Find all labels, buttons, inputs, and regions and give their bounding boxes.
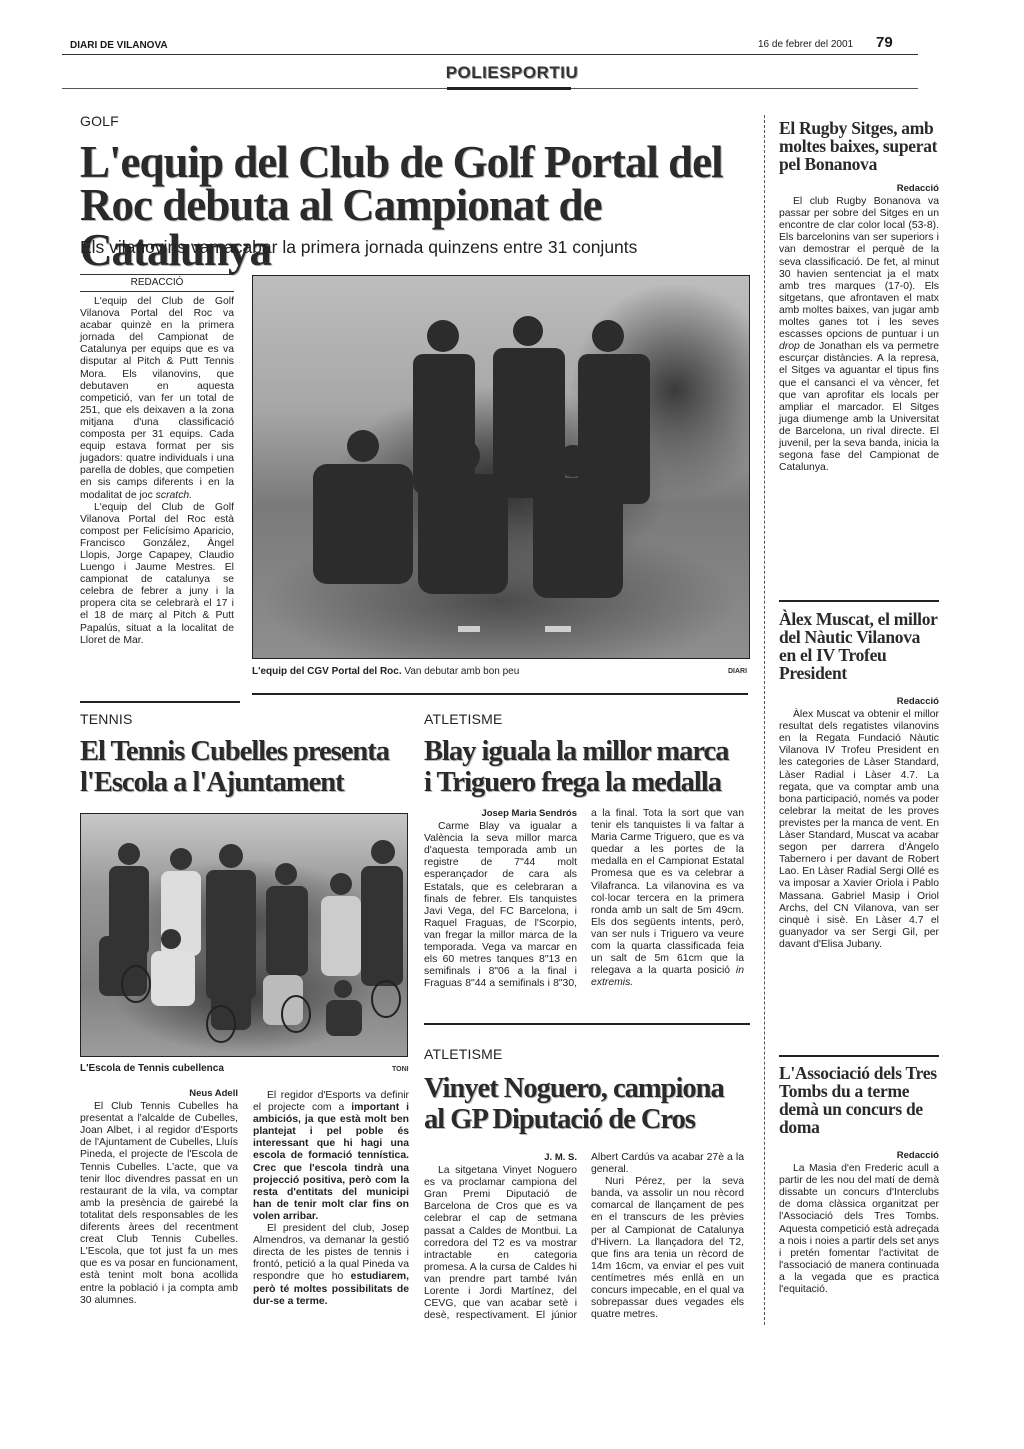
- tennis-headline-line2: l'Escola a l'Ajuntament: [80, 769, 410, 798]
- golf-players-illustration: [253, 276, 749, 658]
- tennis-body-col2: El regidor d'Esports va definir el proje…: [253, 1090, 409, 1308]
- golf-byline: REDACCIÓ: [80, 277, 234, 288]
- tennis-paragraph-3: El president del club, Josep Almendros, …: [253, 1223, 409, 1308]
- masthead-rule: [62, 54, 918, 55]
- golf-bottom-rule-left: [80, 701, 240, 703]
- golf-headline-line1: L'equip del Club de Golf Portal del: [80, 140, 760, 185]
- rugby-byline: Redacció: [779, 183, 939, 195]
- rugby-body: Redacció El club Rugby Bonanova va passa…: [779, 183, 939, 474]
- tennis-photo-credit: TONI: [392, 1066, 409, 1073]
- blay-headline: Blay iguala la millor marca i Triguero f…: [424, 738, 754, 797]
- sailing-byline: Redacció: [779, 696, 939, 708]
- tennis-headline-line1: El Tennis Cubelles presenta: [80, 738, 410, 767]
- blay-bottom-rule: [424, 1023, 750, 1025]
- blay-body: Josep Maria Sendrós Carme Blay va iguala…: [424, 808, 744, 990]
- golf-photo-caption: L'equip del CGV Portal del Roc. Van debu…: [252, 666, 519, 677]
- rugby-headline: El Rugby Sitges, amb moltes baixes, supe…: [779, 119, 939, 173]
- blay-byline: Josep Maria Sendrós: [424, 808, 577, 820]
- equestrian-paragraph: La Masia d'en Frederic acull a partir de…: [779, 1163, 939, 1296]
- golf-byline-rule-bottom: [80, 291, 234, 292]
- golf-body: L'equip del Club de Golf Vilanova Portal…: [80, 296, 234, 647]
- rugby-paragraph: El club Rugby Bonanova va passar per sob…: [779, 196, 939, 474]
- equestrian-article: L'Associació dels Tres Tombs du a terme …: [779, 1064, 939, 1296]
- equestrian-byline: Redacció: [779, 1150, 939, 1162]
- blay-section-label: ATLETISME: [424, 711, 503, 727]
- sailing-paragraph: Àlex Muscat va obtenir el millor resulta…: [779, 709, 939, 951]
- tennis-headline: El Tennis Cubelles presenta l'Escola a l…: [80, 738, 410, 797]
- sailing-headline: Àlex Muscat, el millor del Nàutic Vilano…: [779, 610, 939, 682]
- tennis-school-photo: [80, 813, 408, 1057]
- section-rule-accent: [447, 87, 571, 90]
- noguero-paragraph-2: Nuri Pérez, per la seva banda, va assoli…: [591, 1176, 744, 1321]
- sailing-article: Àlex Muscat, el millor del Nàutic Vilano…: [779, 610, 939, 951]
- golf-subheadline: Els vilanovins van acabar la primera jor…: [80, 237, 637, 258]
- blay-headline-line2: i Triguero frega la medalla: [424, 769, 754, 798]
- sidebar-divider: [764, 115, 765, 1325]
- blay-paragraph-1: Carme Blay va igualar a València la seva…: [424, 808, 744, 990]
- equestrian-body: Redacció La Masia d'en Frederic acull a …: [779, 1150, 939, 1296]
- golf-photo-credit: DIARI: [728, 668, 747, 675]
- tennis-body-col1: Neus Adell El Club Tennis Cubelles ha pr…: [80, 1088, 238, 1307]
- golf-byline-rule-top: [80, 274, 234, 275]
- tennis-paragraph-1: El Club Tennis Cubelles ha presentat a l…: [80, 1101, 238, 1307]
- blay-headline-line1: Blay iguala la millor marca: [424, 738, 754, 767]
- golf-paragraph-2: L'equip del Club de Golf Vilanova Portal…: [80, 502, 234, 647]
- noguero-headline-line2: al GP Diputació de Cros: [424, 1106, 754, 1135]
- noguero-section-label: ATLETISME: [424, 1046, 503, 1062]
- golf-headline-line2: Roc debuta al Campionat de Catalunya: [80, 183, 760, 273]
- sailing-body: Redacció Àlex Muscat va obtenir el millo…: [779, 696, 939, 951]
- golf-team-photo: [252, 275, 750, 659]
- golf-bottom-rule: [252, 693, 748, 695]
- tennis-group-illustration: [81, 814, 407, 1056]
- rugby-article: El Rugby Sitges, amb moltes baixes, supe…: [779, 119, 939, 474]
- tennis-section-label: TENNIS: [80, 711, 133, 727]
- noguero-headline-line1: Vinyet Noguero, campiona: [424, 1075, 754, 1104]
- noguero-headline: Vinyet Noguero, campiona al GP Diputació…: [424, 1075, 754, 1134]
- rugby-bottom-rule: [779, 600, 939, 602]
- page-number: 79: [876, 34, 893, 51]
- tennis-byline: Neus Adell: [80, 1088, 238, 1100]
- tennis-photo-caption: L'Escola de Tennis cubellenca: [80, 1063, 224, 1074]
- noguero-body: J. M. S. La sitgetana Vinyet Noguero es …: [424, 1152, 744, 1322]
- issue-date: 16 de febrer del 2001: [758, 39, 853, 50]
- golf-section-label: GOLF: [80, 113, 119, 129]
- noguero-byline: J. M. S.: [424, 1152, 577, 1164]
- sailing-bottom-rule: [779, 1055, 939, 1057]
- tennis-paragraph-2: El regidor d'Esports va definir el proje…: [253, 1090, 409, 1223]
- golf-paragraph-1: L'equip del Club de Golf Vilanova Portal…: [80, 296, 234, 502]
- equestrian-headline: L'Associació dels Tres Tombs du a terme …: [779, 1064, 939, 1136]
- publication-name: DIARI DE VILANOVA: [70, 40, 168, 51]
- section-title: POLIESPORTIU: [0, 63, 1024, 83]
